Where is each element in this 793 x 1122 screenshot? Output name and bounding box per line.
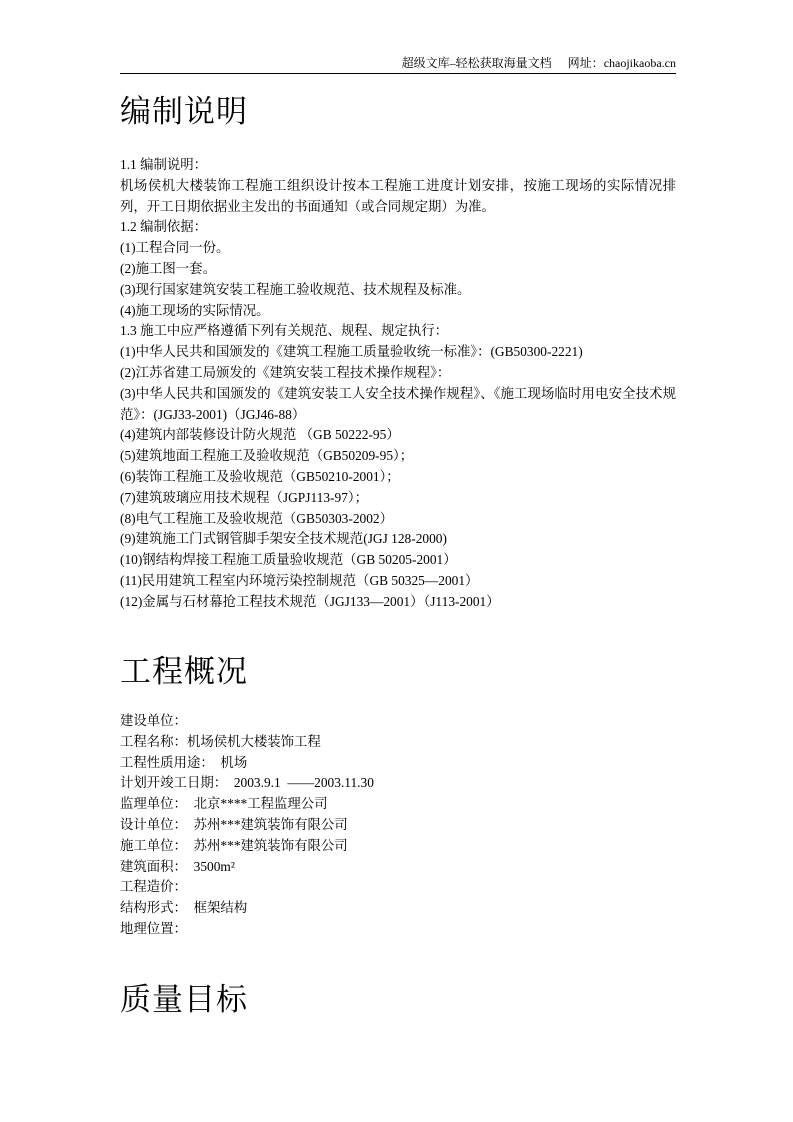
subheading-1-1: 1.1 编制说明： [120,155,676,176]
standard-item-3: (3)中华人民共和国颁发的《建筑安装工人安全技术操作规程》、《施工现场临时用电安… [120,384,676,426]
compilation-notes-body: 1.1 编制说明： 机场侯机大楼装饰工程施工组织设计按本工程施工进度计划安排，按… [120,155,676,613]
subheading-1-2: 1.2 编制依据： [120,217,676,238]
paragraph-compilation-description: 机场侯机大楼装饰工程施工组织设计按本工程施工进度计划安排，按施工现场的实际情况排… [120,176,676,218]
field-location: 地理位置： [120,919,676,940]
field-design-unit: 设计单位： 苏州***建筑装饰有限公司 [120,815,676,836]
section-title-project-overview: 工程概况 [120,654,248,690]
section-title-quality-goals: 质量目标 [120,982,248,1018]
project-overview-body: 建设单位： 工程名称：机场侯机大楼装饰工程 工程性质用途： 机场 计划开竣工日期… [120,711,676,940]
field-contractor-unit: 施工单位： 苏州***建筑装饰有限公司 [120,836,676,857]
standard-item-12: (12)金属与石材幕抢工程技术规范（JGJ133—2001）（J113-2001… [120,592,676,613]
header-url: chaojikaoba.cn [604,56,676,70]
standard-item-7: (7)建筑玻璃应用技术规程（JGPJ113-97）； [120,488,676,509]
header-url-label: 网址： [568,56,604,70]
standard-item-2: (2)江苏省建工局颁发的《建筑安装工程技术操作规程》： [120,363,676,384]
standard-item-10: (10)钢结构焊接工程施工质量验收规范（GB 50205-2001） [120,550,676,571]
field-schedule-dates: 计划开竣工日期： 2003.9.1 ——2003.11.30 [120,773,676,794]
field-construction-unit: 建设单位： [120,711,676,732]
standard-item-6: (6)装饰工程施工及验收规范（GB50210-2001）； [120,467,676,488]
subheading-1-3: 1.3 施工中应严格遵循下列有关规范、规程、规定执行： [120,321,676,342]
basis-item-3: (3)现行国家建筑安装工程施工验收规范、技术规程及标准。 [120,280,676,301]
standard-item-11: (11)民用建筑工程室内环境污染控制规范（GB 50325—2001） [120,571,676,592]
section-title-compilation-notes: 编制说明 [120,94,248,130]
basis-item-1: (1)工程合同一份。 [120,238,676,259]
header-site-name: 超级文库–轻松获取海量文档 [402,56,552,70]
field-floor-area: 建筑面积： 3500m² [120,857,676,878]
field-supervision-unit: 监理单位： 北京****工程监理公司 [120,794,676,815]
field-project-usage: 工程性质用途： 机场 [120,753,676,774]
field-project-cost: 工程造价： [120,877,676,898]
field-structure-type: 结构形式： 框架结构 [120,898,676,919]
standard-item-4: (4)建筑内部装修设计防火规范 （GB 50222-95） [120,425,676,446]
basis-item-2: (2)施工图一套。 [120,259,676,280]
standard-item-9: (9)建筑施工门式钢管脚手架安全技术规范(JGJ 128-2000) [120,529,676,550]
standard-item-8: (8)电气工程施工及验收规范（GB50303-2002） [120,509,676,530]
basis-item-4: (4)施工现场的实际情况。 [120,301,676,322]
standard-item-1: (1)中华人民共和国颁发的《建筑工程施工质量验收统一标准》：(GB50300-2… [120,342,676,363]
field-project-name: 工程名称：机场侯机大楼装饰工程 [120,732,676,753]
standard-item-5: (5)建筑地面工程施工及验收规范（GB50209-95）； [120,446,676,467]
page-header: 超级文库–轻松获取海量文档网址：chaojikaoba.cn [120,56,676,74]
